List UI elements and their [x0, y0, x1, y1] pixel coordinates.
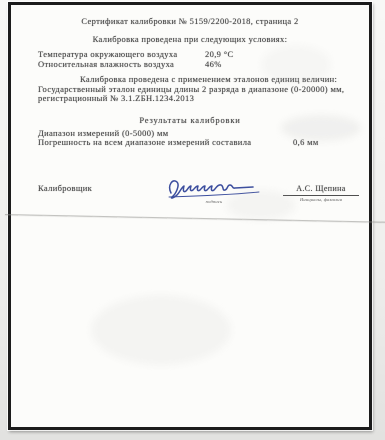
- paper-crease-line: [5, 214, 385, 223]
- signer-name: А.С. Щепина: [283, 184, 359, 196]
- scan-artifact: [91, 295, 231, 365]
- standards-registration: регистрационный № 3.1.ZБН.1234.2013: [38, 94, 359, 104]
- signer-role-label: Калибровщик: [38, 184, 92, 194]
- conditions-heading: Калибровка проведена при следующих услов…: [11, 35, 369, 45]
- scan-artifact: [226, 190, 296, 220]
- condition-label: Температура окружающего воздуха: [38, 49, 178, 59]
- scan-artifact: [281, 115, 361, 141]
- page-title: Сертификат калибровки № 5159/2200-2018, …: [11, 17, 369, 27]
- condition-value: 46%: [205, 60, 222, 70]
- signer-name-block: А.С. Щепина Инициалы, фамилия: [283, 184, 359, 202]
- error-label: Погрешность на всем диапазоне измерений …: [38, 137, 251, 147]
- certificate-page: Сертификат калибровки № 5159/2200-2018, …: [8, 2, 372, 430]
- scan-artifact: [261, 45, 331, 85]
- condition-label: Относительная влажность воздуха: [38, 59, 174, 69]
- scan-backdrop: Сертификат калибровки № 5159/2200-2018, …: [0, 0, 385, 440]
